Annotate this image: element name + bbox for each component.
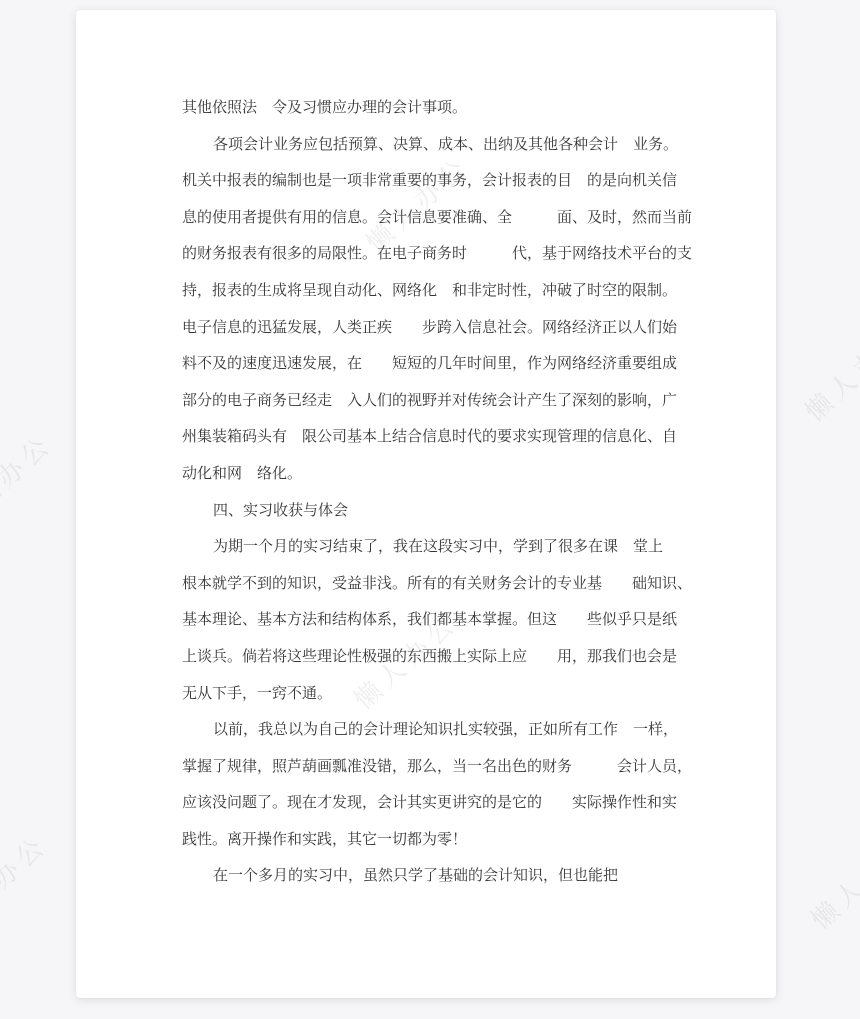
text-line: 机关中报表的编制也是一项非常重要的事务，会计报表的目 的是向机关信 xyxy=(182,163,682,200)
document-text-block: 其他依照法 令及习惯应办理的会计事项。 各项会计业务应包括预算、决算、成本、出纳… xyxy=(182,90,682,895)
text-line: 州集装箱码头有 限公司基本上结合信息时代的要求实现管理的信息化、自 xyxy=(182,419,682,456)
text-line: 动化和网 络化。 xyxy=(182,456,682,493)
text-line: 电子信息的迅猛发展，人类正疾 步跨入信息社会。网络经济正以人们始 xyxy=(182,310,682,347)
document-canvas: 其他依照法 令及习惯应办理的会计事项。 各项会计业务应包括预算、决算、成本、出纳… xyxy=(0,0,860,1019)
watermark-text: 懒人办公 xyxy=(0,825,55,938)
text-line: 其他依照法 令及习惯应办理的会计事项。 xyxy=(182,90,682,127)
text-line: 为期一个月的实习结束了，我在这段实习中，学到了很多在课 堂上 xyxy=(182,529,682,566)
text-line: 部分的电子商务已经走 入人们的视野并对传统会计产生了深刻的影响，广 xyxy=(182,383,682,420)
text-line: 基本理论、基本方法和结构体系，我们都基本掌握。但这 些似乎只是纸 xyxy=(182,602,682,639)
text-line: 持，报表的生成将呈现自动化、网络化 和非定时性，冲破了时空的限制。 xyxy=(182,273,682,310)
document-page: 其他依照法 令及习惯应办理的会计事项。 各项会计业务应包括预算、决算、成本、出纳… xyxy=(76,10,776,998)
text-line: 根本就学不到的知识，受益非浅。所有的有关财务会计的专业基 础知识、 xyxy=(182,566,682,603)
text-line: 以前，我总以为自己的会计理论知识扎实较强，正如所有工作 一样， xyxy=(182,712,682,749)
section-heading: 四、实习收获与体会 xyxy=(182,493,682,530)
text-line: 上谈兵。倘若将这些理论性极强的东西搬上实际上应 用，那我们也会是 xyxy=(182,639,682,676)
text-line: 在一个多月的实习中，虽然只学了基础的会计知识，但也能把 xyxy=(182,858,682,895)
text-line: 践性。离开操作和实践，其它一切都为零！ xyxy=(182,822,682,859)
text-line: 掌握了规律，照芦葫画瓢准没错，那么，当一名出色的财务 会计人员， xyxy=(182,749,682,786)
watermark-text: 懒人办公 xyxy=(0,424,60,537)
text-line: 无从下手，一窍不通。 xyxy=(182,676,682,713)
text-line: 的财务报表有很多的局限性。在电子商务时 代，基于网络技术平台的支 xyxy=(182,236,682,273)
watermark-text: 懒人办公 xyxy=(796,315,860,428)
text-line: 息的使用者提供有用的信息。会计信息要准确、全 面、及时，然而当前 xyxy=(182,200,682,237)
text-line: 应该没问题了。现在才发现，会计其实更讲究的是它的 实际操作性和实 xyxy=(182,785,682,822)
text-line: 各项会计业务应包括预算、决算、成本、出纳及其他各种会计 业务。 xyxy=(182,127,682,164)
watermark-text: 懒人办公 xyxy=(802,823,860,936)
text-line: 料不及的速度迅速发展，在 短短的几年时间里，作为网络经济重要组成 xyxy=(182,346,682,383)
